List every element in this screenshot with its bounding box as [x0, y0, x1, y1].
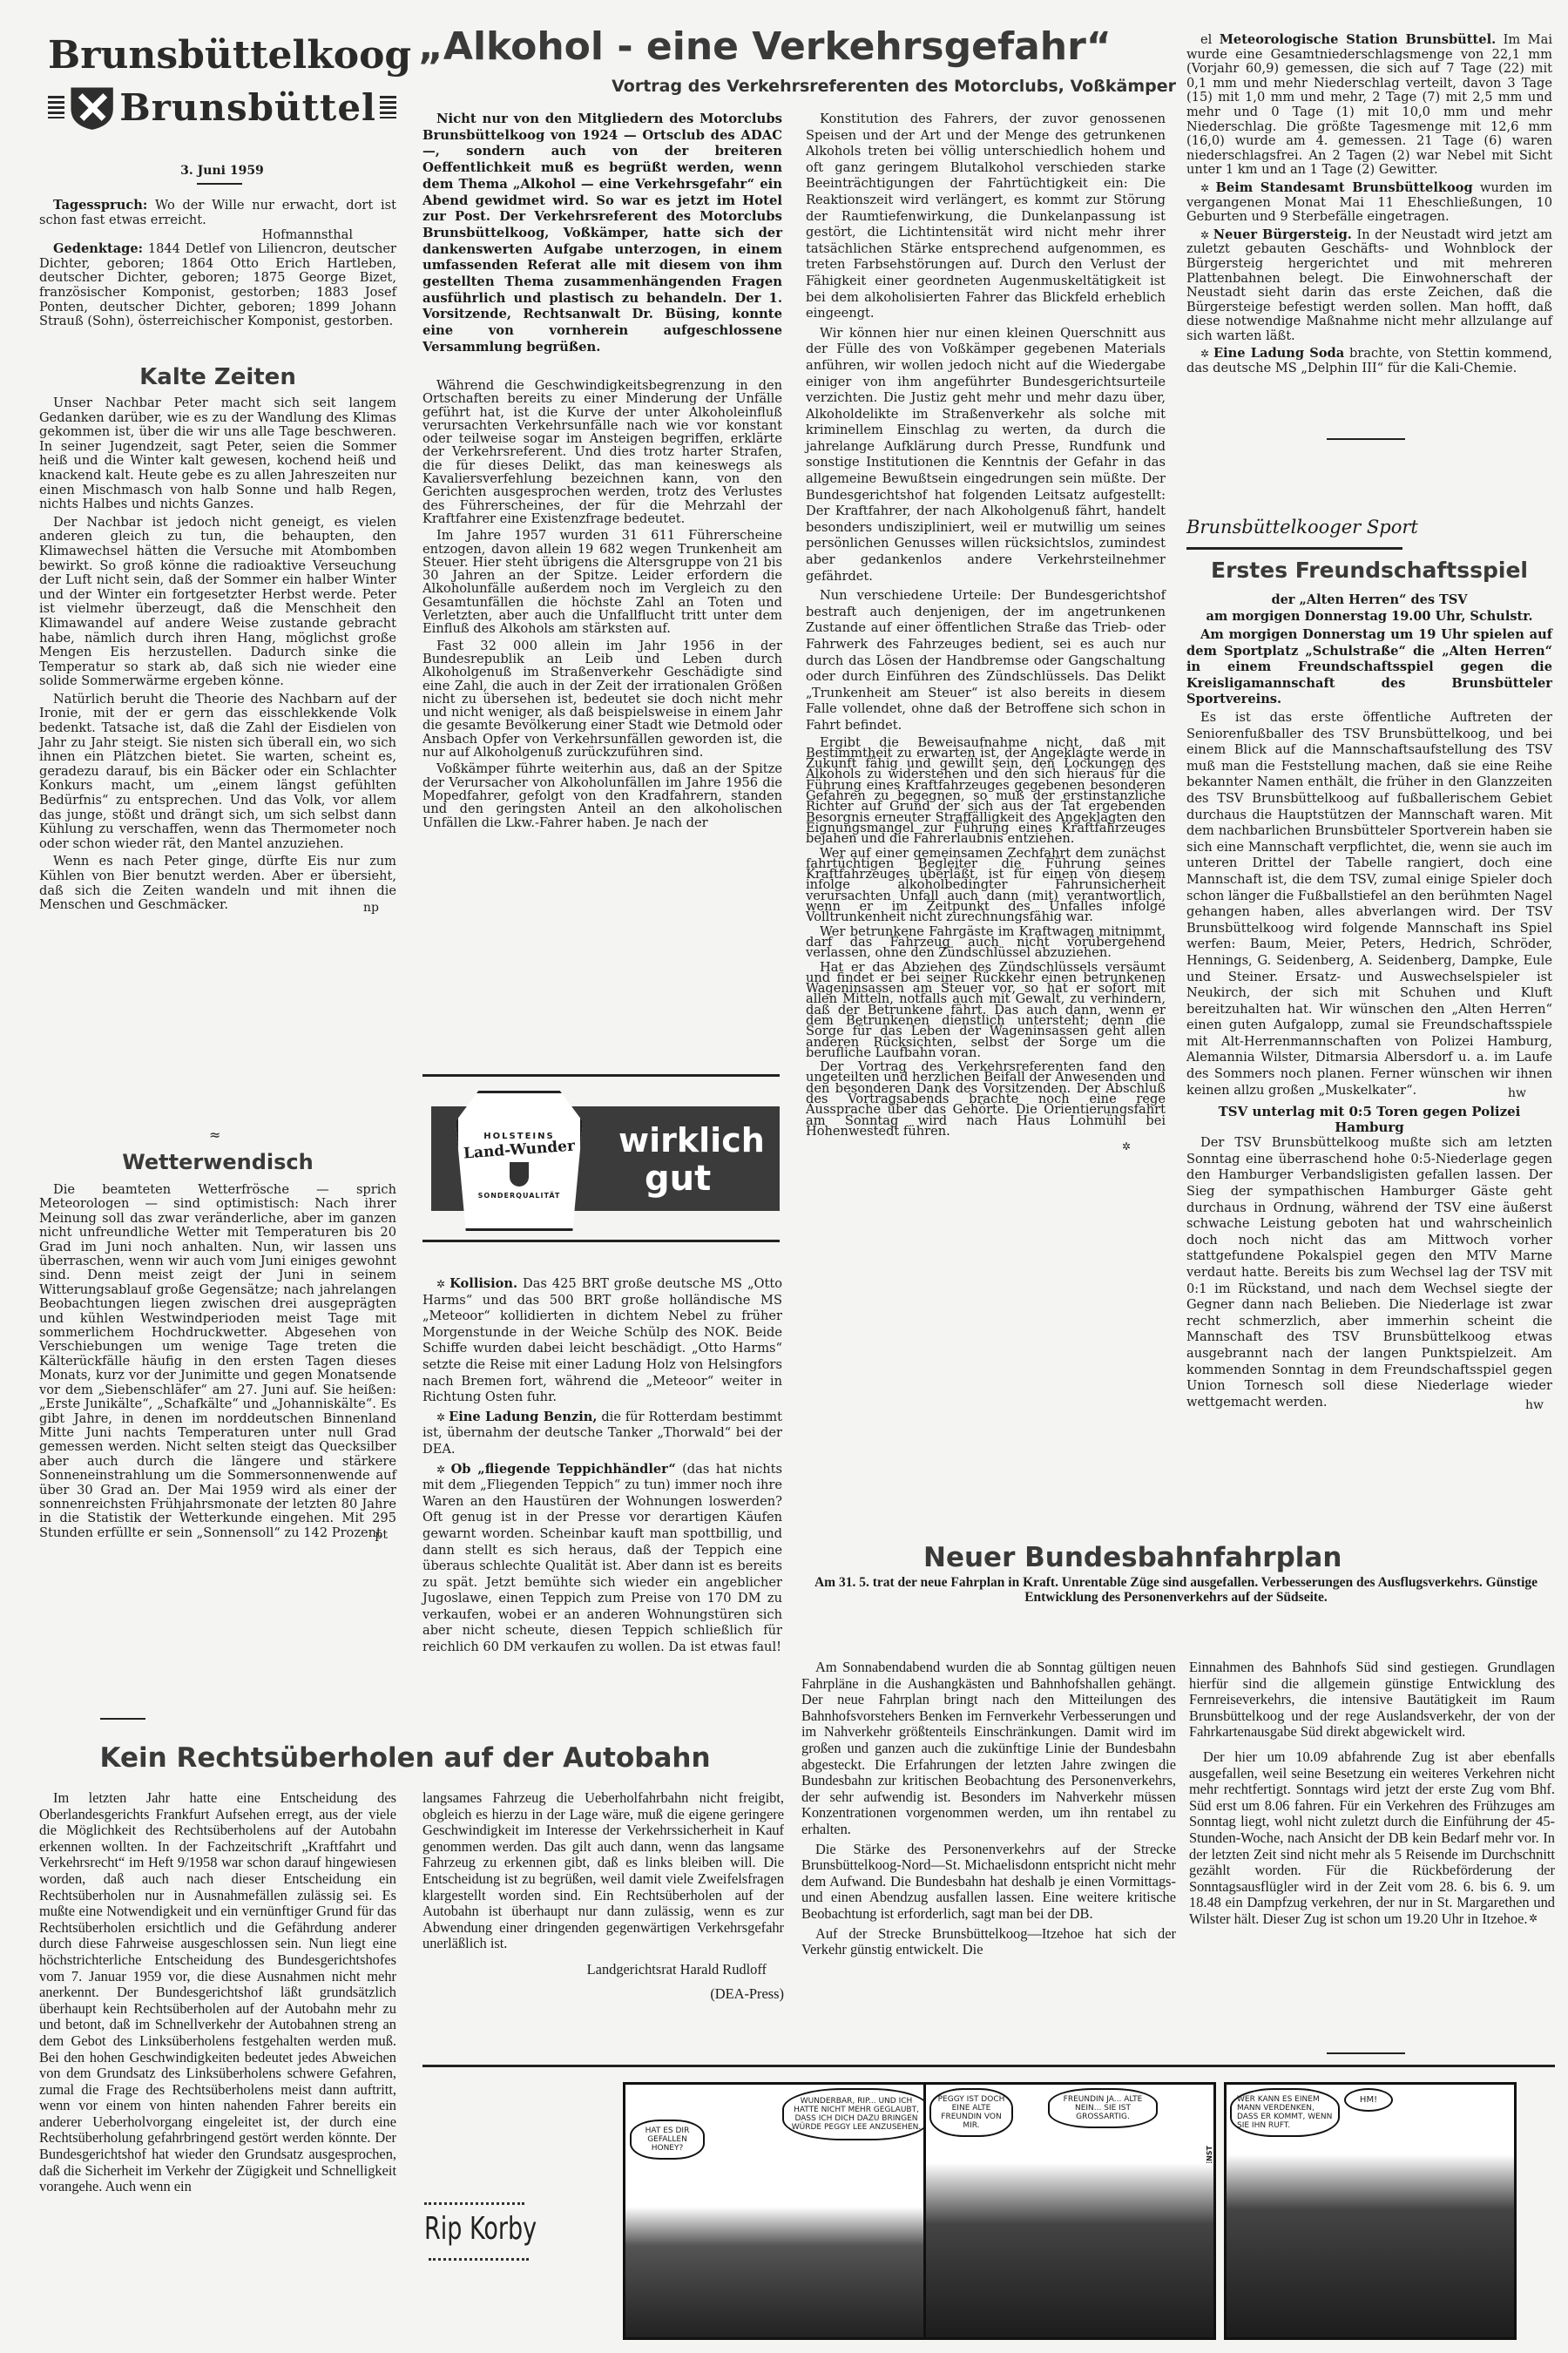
comic-title-rule — [429, 2258, 529, 2264]
news-item-kollision: ✲ Kollision. Das 425 BRT große deutsche … — [422, 1276, 782, 1406]
comic-panel-3: WER KANN ES EINEM MANN VERDENKEN, DASS E… — [1224, 2082, 1517, 2340]
alkohol-col2: Konstitution des Fahrers, der zuvor geno… — [806, 112, 1166, 1153]
wetterwendisch-article: Die beamteten Wetterfrösche — sprich Met… — [39, 1183, 396, 1542]
autobahn-title: Kein Rechtsüberholen auf der Autobahn — [39, 1742, 771, 1774]
sport-section-label: Brunsbüttelkooger Sport — [1186, 517, 1418, 538]
speech-bubble: WER KANN ES EINEM MANN VERDENKEN, DASS E… — [1230, 2088, 1340, 2137]
alkohol-col1-body: Während die Geschwindigkeitsbegrenzung i… — [422, 379, 782, 833]
comic-title-rule — [424, 2202, 524, 2208]
kalte-zeiten-article: Unser Nachbar Peter macht sich seit lang… — [39, 396, 396, 915]
autobahn-col2: langsames Fahrzeug die Ueberholfahrbahn … — [422, 1790, 784, 2003]
speech-bubble: HAT ES DIR GEFALLEN HONEY? — [630, 2120, 705, 2160]
wave-divider-icon: ≈ — [209, 1126, 220, 1143]
ad-slogan-line1: wirklich — [618, 1121, 765, 1160]
comic-figures — [625, 2207, 937, 2337]
sport-body: Es ist das erste öffentliche Auftreten d… — [1186, 710, 1552, 1412]
tagesspruch-label: Tagesspruch: — [53, 198, 147, 213]
speech-bubble: PEGGY IST DOCH EINE ALTE FREUNDIN VON MI… — [929, 2088, 1013, 2137]
paragraph: Voßkämper führte weiterhin aus, daß an d… — [422, 762, 782, 828]
paragraph: Die Stärke des Personenverkehrs auf der … — [801, 1842, 1176, 1923]
sport-title: Erstes Freundschaftsspiel — [1186, 558, 1552, 583]
paragraph: Der hier um 10.09 abfahrende Zug ist abe… — [1189, 1749, 1555, 1928]
divider — [1186, 547, 1402, 550]
news-item-soda: ✲ Eine Ladung Soda brachte, von Stettin … — [1186, 347, 1552, 375]
advertisement: HOLSTEINS Land-Wunder SONDERQUALITÄT wir… — [431, 1091, 780, 1230]
paragraph: Ergibt die Beweisaufnahme nicht, daß mit… — [806, 738, 1166, 845]
wetterwendisch-title: Wetterwendisch — [39, 1150, 396, 1174]
paragraph: Konstitution des Fahrers, der zuvor geno… — [806, 112, 1166, 322]
paragraph: Der Vortrag des Verkehrsreferenten fand … — [806, 1062, 1166, 1137]
news-item-teppich: ✲ Ob „fliegende Teppichhändler“ (das hat… — [422, 1462, 782, 1656]
divider — [422, 1240, 780, 1242]
sport-lead: Am morgigen Donnerstag um 19 Uhr spielen… — [1186, 627, 1552, 712]
paragraph: Wer betrunkene Fahrgäste im Kraftwagen m… — [806, 927, 1166, 959]
banner-left-icon — [48, 96, 64, 118]
star-icon: ✲ — [436, 1464, 451, 1476]
paragraph: Nun verschiedene Urteile: Der Bundesgeri… — [806, 588, 1166, 734]
ad-slogan-line2: gut — [645, 1159, 711, 1199]
paragraph: Hat er das Abziehen des Zündschlüssels v… — [806, 963, 1166, 1059]
alkohol-col1: Nicht nur von den Mitgliedern des Motorc… — [422, 112, 782, 360]
paragraph: Der TSV Brunsbüttelkoog mußte sich am le… — [1186, 1135, 1552, 1410]
paragraph: Im Jahre 1957 wurden 31 611 Führerschein… — [422, 529, 782, 635]
paragraph: Fast 32 000 allein im Jahr 1956 in der B… — [422, 639, 782, 760]
lead-paragraph: Nicht nur von den Mitgliedern des Motorc… — [422, 112, 782, 356]
comic-panel-1: HAT ES DIR GEFALLEN HONEY? WUNDERBAR, RI… — [623, 2082, 940, 2340]
sport-title2: TSV unterlag mit 0:5 Toren gegen Polizei… — [1186, 1104, 1552, 1135]
bahn-title: Neuer Bundesbahnfahrplan — [923, 1542, 1359, 1573]
star-icon: ✲ — [1200, 182, 1216, 194]
divider — [1327, 438, 1405, 440]
tagesspruch-author: Hofmannsthal — [39, 227, 396, 242]
paragraph: Natürlich beruht die Theorie des Nachbar… — [39, 693, 396, 852]
sport-subtitle2: am morgigen Donnerstag 19.00 Uhr, Schuls… — [1186, 609, 1552, 624]
paragraph: Wer auf einer gemeinsamen Zechfahrt dem … — [806, 849, 1166, 923]
news-item-standesamt: ✲ Beim Standesamt Brunsbüttelkoog wurden… — [1186, 181, 1552, 225]
comic-figures — [1227, 2154, 1514, 2337]
star-icon: ✲ — [1200, 348, 1213, 360]
paragraph: Am Sonnabendabend wurden die ab Sonntag … — [801, 1660, 1176, 1838]
paragraph: Unser Nachbar Peter macht sich seit lang… — [39, 396, 396, 512]
star-icon: ✲ — [1200, 229, 1213, 241]
paragraph: Es ist das erste öffentliche Auftreten d… — [1186, 710, 1552, 1099]
masthead-line2: Brunsbüttel — [119, 86, 376, 129]
divider — [422, 2065, 1555, 2067]
comic-title: Rip Korby — [424, 2211, 537, 2247]
speech-bubble: HM! — [1344, 2088, 1393, 2112]
comic-figures — [926, 2163, 1213, 2337]
alkohol-subtitle: Vortrag des Verkehrsreferenten des Motor… — [409, 77, 1185, 96]
ad-shield-icon — [510, 1162, 529, 1187]
paragraph: langsames Fahrzeug die Ueberholfahrbahn … — [422, 1790, 784, 1952]
alkohol-title: „Alkohol - eine Verkehrsgefahr“ — [409, 24, 1202, 69]
masthead-line1: Brunsbüttelkoog — [48, 33, 396, 78]
paragraph: Der Nachbar ist jedoch nicht geneigt, es… — [39, 516, 396, 689]
ad-brand-bottom: SONDERQUALITÄT — [458, 1192, 580, 1200]
gedenktage-label: Gedenktage: — [53, 241, 143, 256]
local-news: ✲ Kollision. Das 425 BRT große deutsche … — [422, 1276, 782, 1660]
news-item-benzin: ✲ Eine Ladung Benzin, die für Rotterdam … — [422, 1410, 782, 1458]
daily-box: Tagesspruch: Wo der Wille nur erwacht, d… — [39, 199, 396, 333]
speech-bubble: WUNDERBAR, RIP... UND ICH HATTE NICHT ME… — [782, 2088, 930, 2140]
author: Landgerichtsrat Harald Rudloff — [422, 1961, 784, 1978]
news-item-meteo: el Meteorologische Station Brunsbüttel. … — [1186, 33, 1552, 178]
speech-bubble: FREUNDIN JA... ALTE NEIN... SIE IST GROS… — [1048, 2088, 1158, 2128]
paragraph: Im letzten Jahr hatte eine Entscheidung … — [39, 1790, 396, 2195]
divider — [422, 1074, 780, 1077]
paragraph: Am morgigen Donnerstag um 19 Uhr spielen… — [1186, 627, 1552, 708]
star-icon: ✲ — [806, 1140, 1166, 1153]
divider — [1327, 2052, 1405, 2054]
star-icon: ✲ — [436, 1278, 449, 1290]
paragraph: Einnahmen des Bahnhofs Süd sind gestiege… — [1189, 1660, 1555, 1741]
autobahn-col1: Im letzten Jahr hatte eine Entscheidung … — [39, 1790, 396, 2199]
divider — [197, 183, 242, 185]
star-icon: ✲ — [436, 1411, 449, 1423]
divider — [100, 1718, 145, 1720]
comic-panel-2: PEGGY IST DOCH EINE ALTE FREUNDIN VON MI… — [923, 2082, 1216, 2340]
paragraph: Die beamteten Wetterfrösche — sprich Met… — [39, 1183, 396, 1540]
banner-right-icon — [380, 96, 396, 118]
masthead: Brunsbüttelkoog Brunsbüttel — [48, 33, 396, 164]
source: (DEA-Press) — [422, 1985, 784, 2003]
bahn-subtitle: Am 31. 5. trat der neue Fahrplan in Kraf… — [801, 1575, 1551, 1606]
product-box: HOLSTEINS Land-Wunder SONDERQUALITÄT — [456, 1091, 583, 1231]
paragraph: Auf der Strecke Brunsbüttelkoog—Itzehoe … — [801, 1926, 1176, 1958]
sport-subtitle1: der „Alten Herren“ des TSV — [1186, 592, 1552, 607]
paragraph: Während die Geschwindigkeitsbegrenzung i… — [422, 379, 782, 525]
bahn-col2: Einnahmen des Bahnhofs Süd sind gestiege… — [1189, 1660, 1555, 1924]
paragraph: Wir können hier nur einen kleinen Quersc… — [806, 326, 1166, 585]
bahn-col1: Am Sonnabendabend wurden die ab Sonntag … — [801, 1660, 1176, 1962]
news-item-buergersteig: ✲ Neuer Bürgersteig. In der Neustadt wir… — [1186, 228, 1552, 344]
coat-of-arms-icon — [68, 79, 116, 135]
issue-date: 3. Juni 1959 — [48, 164, 396, 178]
kalte-zeiten-title: Kalte Zeiten — [39, 364, 396, 390]
right-news: el Meteorologische Station Brunsbüttel. … — [1186, 33, 1552, 380]
